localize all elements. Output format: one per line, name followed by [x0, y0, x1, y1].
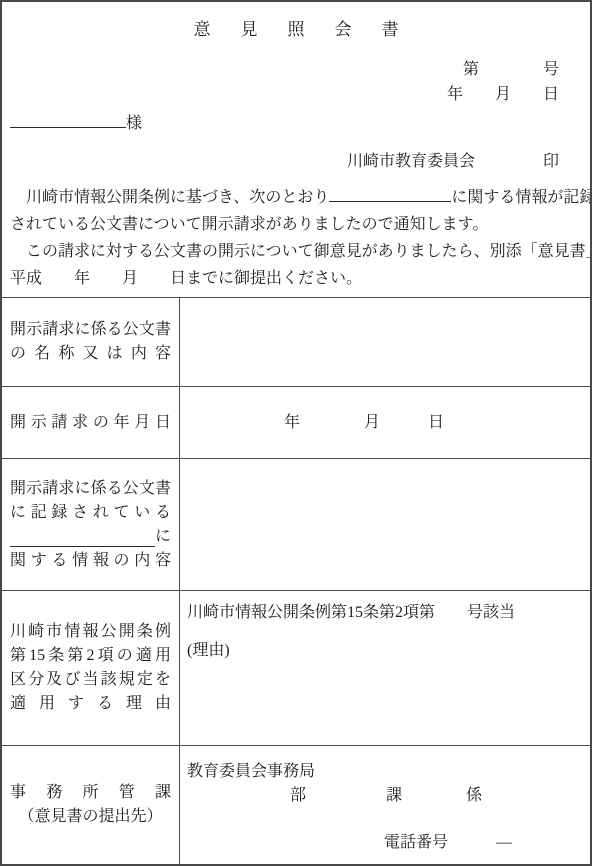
body-line-1: 川崎市情報公開条例に基づき、次のとおりに関する情報が記録	[10, 184, 588, 211]
row3-label-blank-line: に	[10, 525, 171, 549]
row5-value: 教育委員会事務局 部 課 係 電話番号 ―	[180, 746, 590, 864]
office-name: 教育委員会事務局	[187, 760, 582, 784]
reason-label: (理由)	[187, 639, 582, 663]
recipient-line: 様	[10, 110, 142, 133]
table-row-ordinance-reason: 川崎市情報公開条例 第15条第2項の適用 区分及び当該規定を 適用する理由 川崎…	[2, 590, 590, 745]
row3-value-empty	[180, 459, 590, 590]
recipient-name-blank	[10, 111, 126, 128]
recipient-honorific: 様	[126, 115, 142, 132]
row4-label: 川崎市情報公開条例 第15条第2項の適用 区分及び当該規定を 適用する理由	[2, 591, 180, 745]
ordinance-applicability-line: 川崎市情報公開条例第15条第2項第 号該当	[187, 601, 582, 625]
row2-value: 年 月 日	[180, 387, 590, 458]
row1-label: 開示請求に係る公文書 の名称又は内容	[2, 298, 180, 386]
notification-body: 川崎市情報公開条例に基づき、次のとおりに関する情報が記録 されている公文書につい…	[10, 184, 588, 292]
body-line-3: この請求に対する公文書の開示について御意見がありましたら、別添「意見書」を	[10, 238, 588, 265]
seal-mark: 印	[543, 148, 559, 171]
table-row-recorded-info: 開示請求に係る公文書 に記録されている に 関する情報の内容	[2, 458, 590, 590]
row4-value: 川崎市情報公開条例第15条第2項第 号該当 (理由)	[180, 591, 590, 745]
subject-blank	[329, 185, 451, 202]
row2-label: 開示請求の年月日	[2, 387, 180, 458]
phone-number-line: 電話番号 ―	[187, 831, 582, 855]
table-row-document-name: 開示請求に係る公文書 の名称又は内容	[2, 297, 590, 386]
form-table: 開示請求に係る公文書 の名称又は内容 開示請求の年月日 年 月 日 開示請求に係…	[2, 297, 590, 864]
body-line-2: されている公文書について開示請求がありましたので通知します。	[10, 211, 588, 238]
body-line-4: 平成 年 月 日までに御提出ください。	[10, 265, 588, 292]
table-row-request-date: 開示請求の年月日 年 月 日	[2, 386, 590, 458]
sender-name: 川崎市教育委員会	[347, 148, 475, 171]
row5-label: 事務所管課 （意見書の提出先）	[2, 746, 180, 864]
document-number-line: 第 号	[463, 56, 559, 79]
row1-value-empty	[180, 298, 590, 386]
subject-blank-underline	[10, 526, 155, 547]
opinion-inquiry-form: 意見照会書 第 号 年 月 日 様 川崎市教育委員会 印 川崎市情報公開条例に基…	[0, 0, 592, 866]
request-date-blank: 年 月 日	[180, 411, 444, 435]
table-row-office-in-charge: 事務所管課 （意見書の提出先） 教育委員会事務局 部 課 係 電話番号 ―	[2, 745, 590, 864]
department-section-line: 部 課 係	[187, 784, 582, 808]
row3-label: 開示請求に係る公文書 に記録されている に 関する情報の内容	[2, 459, 180, 590]
page-title: 意見照会書	[2, 15, 590, 40]
document-date-line: 年 月 日	[447, 81, 559, 104]
